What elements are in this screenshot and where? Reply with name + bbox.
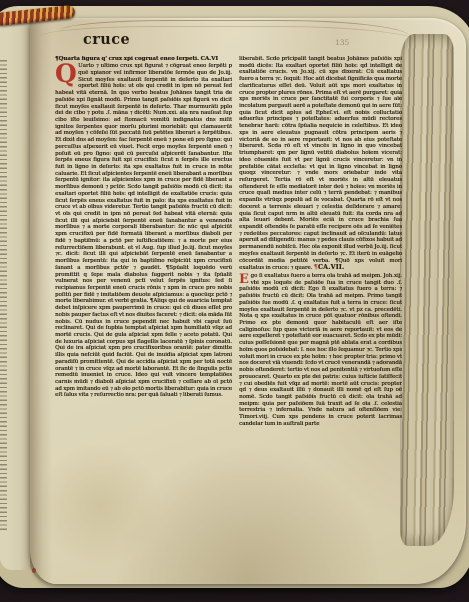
right-column: liberabit. Scdo prīcipalit tangit beatu… <box>239 56 402 496</box>
facing-page-text-fragment <box>0 60 7 530</box>
chapter-heading-ca-vi: ¶Quarta figura q' crux xp̄i cōgruat ene… <box>55 56 232 63</box>
chapter-heading-ca-vii: CA.VII. <box>318 264 344 271</box>
two-column-text: ¶Quarta figura q' crux xp̄i cōgruat ene… <box>55 56 402 500</box>
fore-edge-page-stack <box>400 34 454 546</box>
right-column-paragraph-2: Ego ſi exaltatus fuero a terra oīa trah… <box>239 273 402 428</box>
left-column: ¶Quarta figura q' crux xp̄i cōgruat ene… <box>55 56 232 500</box>
right-column-body-top: liberabit. Scdo prīcipalit tangit beatu… <box>239 56 402 271</box>
gutter-shadow <box>30 18 52 584</box>
rubricated-initial-e: E <box>239 274 249 286</box>
printed-text-block: cruce 135 ¶Quarta figura q' crux xp̄i co… <box>55 30 407 508</box>
left-column-body: Uarto ⁊ ultimo crux xpi figurat ⁊ cōgru… <box>55 63 232 398</box>
rubricated-initial-q: Q <box>55 64 76 84</box>
right-column-body-bottom: go ſi exaltatus fuero a terra oīa traha… <box>239 273 402 427</box>
folio-number: 135 <box>335 38 349 47</box>
gutter-ink-speck <box>32 568 36 573</box>
photo-of-open-book: cruce 135 ¶Quarta figura q' crux xp̄i co… <box>0 0 469 602</box>
running-title: cruce <box>83 30 130 48</box>
